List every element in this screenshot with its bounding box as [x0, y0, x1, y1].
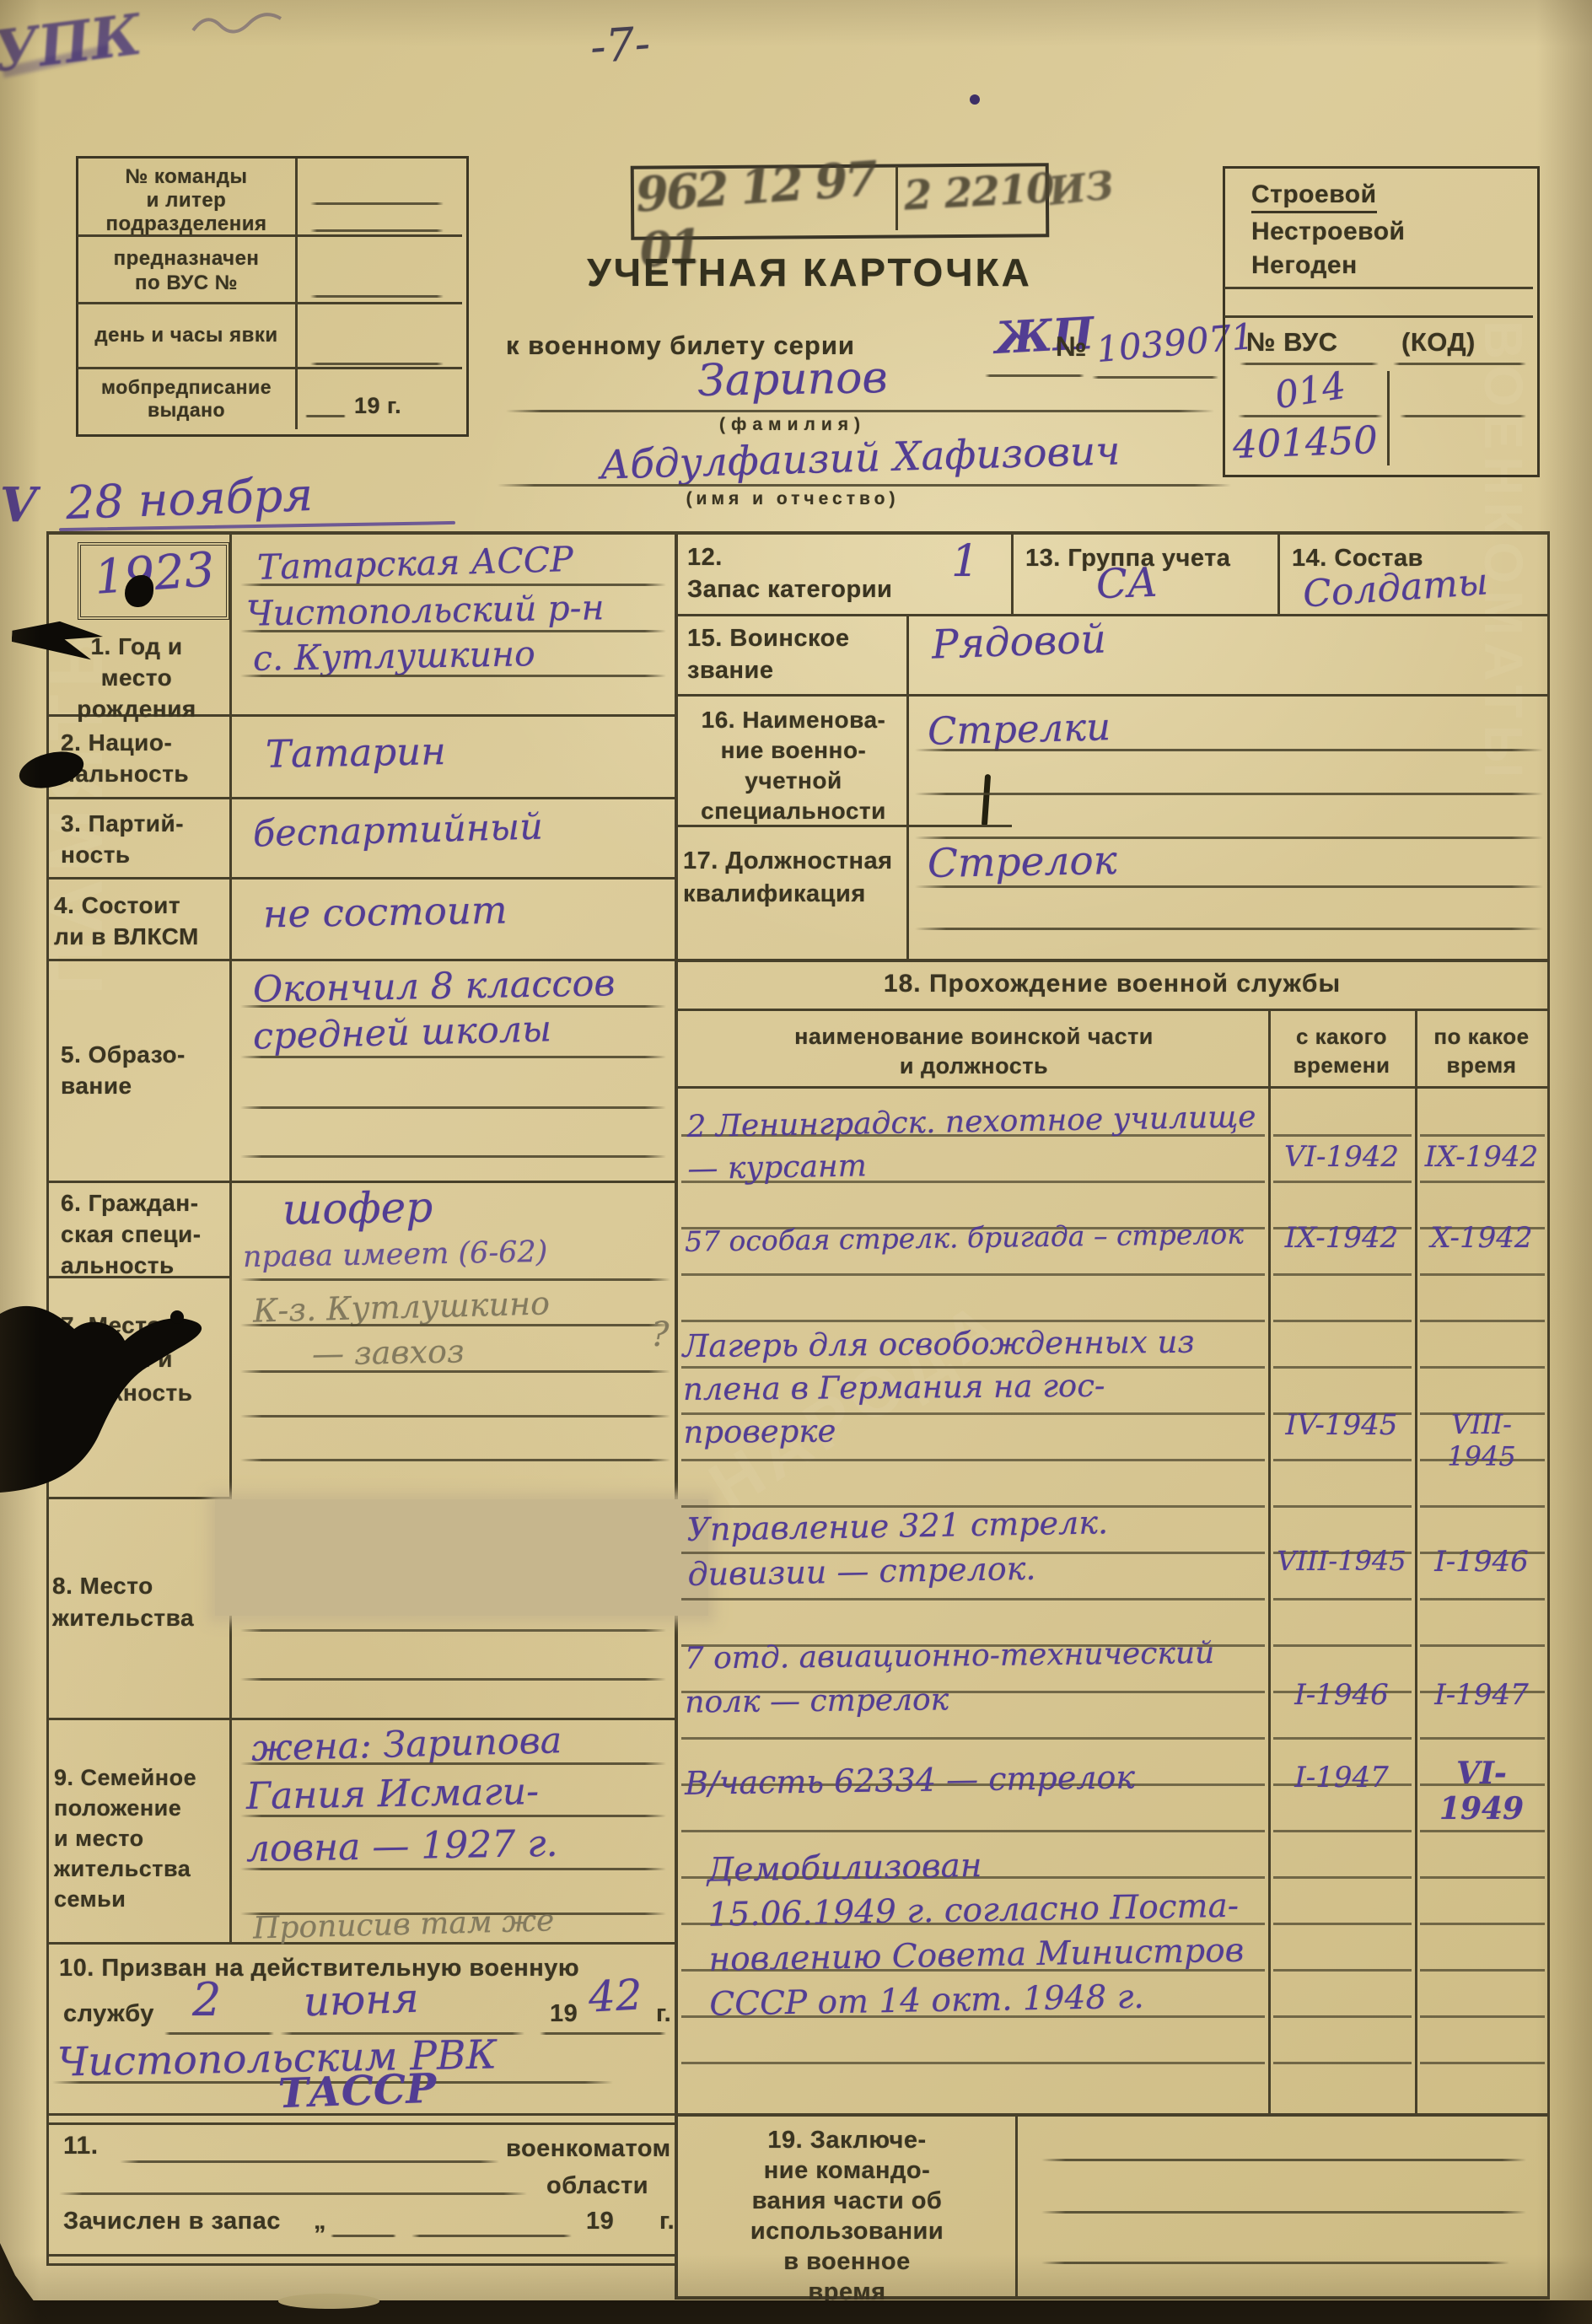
fitness-option-stroevoy: Строевой: [1251, 180, 1377, 213]
box-divider: [295, 159, 298, 429]
rule-line: [240, 675, 666, 677]
stamp-box-divider: [895, 166, 898, 230]
paper-edge-bump: [278, 2294, 379, 2309]
rule-line: [1041, 2262, 1509, 2264]
service-row-from: VI-1942: [1272, 1140, 1412, 1174]
service-row-to: X-1942: [1418, 1221, 1545, 1255]
billet-number-sign: №: [1056, 331, 1087, 363]
rule-line: [540, 2032, 666, 2035]
fitness-divider: [1224, 287, 1533, 289]
rule-line: [497, 484, 1231, 487]
field9-line3: ловна — 1927 г.: [246, 1822, 558, 1870]
col-header-to: по какое время: [1418, 1022, 1545, 1079]
field1-label: 1. Год и место рождения: [52, 631, 221, 724]
vus-code-value: 401450: [1232, 417, 1379, 467]
mob-order-label: мобпредписание выдано: [83, 376, 290, 422]
rule-line: [331, 2235, 396, 2237]
field11-enlist-label: Зачислен в запас: [63, 2208, 281, 2235]
service-row-to: VI-1949: [1418, 1756, 1545, 1826]
rule-line: [240, 1324, 670, 1326]
field10-year-print: 19: [550, 2000, 578, 2028]
field1-line3: с. Кутлушкино: [253, 633, 536, 679]
service-row-unit: 2 Ленинградск. пехотное училище — курсан…: [686, 1096, 1270, 1191]
field12-label: 12. Запас категории: [687, 541, 965, 605]
rule-line: [985, 374, 1084, 377]
rule-line: [915, 885, 1543, 888]
surname-caption: (фамилия): [590, 415, 995, 435]
rule-line: [240, 1629, 666, 1632]
col-header-from: с какого времени: [1272, 1022, 1412, 1079]
field6-line2: права имеет (6-62): [243, 1235, 548, 1274]
field7-line1: К-з. Кутлушкино: [252, 1284, 550, 1329]
row-border: [675, 825, 1012, 827]
field11-year: 19: [586, 2208, 614, 2235]
field17-value: Стрелок: [928, 837, 1118, 887]
service-row-to: IX-1942: [1418, 1140, 1545, 1174]
section18-border-top: [675, 959, 1550, 962]
name-caption: (имя и отчество): [590, 489, 995, 509]
rule-line: [240, 630, 666, 632]
row-border: [46, 877, 677, 880]
section18-subheader-line: [675, 1086, 1550, 1089]
field5-label: 5. Образо- вание: [61, 1039, 221, 1101]
report-time-label: день и часы явки: [83, 324, 290, 347]
fitness-divider: [1224, 315, 1533, 318]
col-divider: [1277, 531, 1280, 614]
row-border: [46, 1718, 677, 1720]
field3-label: 3. Партий- ность: [61, 808, 221, 870]
field15-value: Рядовой: [931, 616, 1107, 668]
field11-quote: „: [314, 2208, 326, 2235]
service-row-from: VIII-1945: [1272, 1545, 1412, 1577]
service-row-unit: 7 отд. авиационно-технический полк — стр…: [684, 1631, 1271, 1724]
row-border: [675, 614, 1550, 616]
table-border-right: [1547, 531, 1550, 2299]
rule-line: [240, 1868, 666, 1870]
field5-line1: Окончил 8 классов: [253, 962, 616, 1010]
table-border-top: [46, 531, 1550, 535]
service-col-divider: [1415, 1009, 1417, 2113]
rule-line: [915, 749, 1543, 751]
rule-line: [310, 202, 444, 205]
stray-ink-squiggle: [190, 7, 291, 40]
section19-border-top: [675, 2113, 1550, 2117]
field13-value: СА: [1095, 559, 1159, 609]
redaction-box: [215, 1499, 708, 1616]
service-row-from: I-1946: [1272, 1678, 1412, 1712]
field4-value: не состоит: [263, 887, 508, 936]
registration-card-page: ПАМЯТЬ НАРОДА ВОЕНКОМАТЫ УПК -7- № коман…: [0, 0, 1592, 2324]
page-number: -7-: [589, 17, 652, 74]
field11-year-suffix: г.: [659, 2208, 675, 2235]
field3-value: беспартийный: [252, 806, 543, 856]
field6-line1: шофер: [282, 1182, 433, 1234]
rule-line: [915, 793, 1543, 795]
service-row-unit: Лагерь для освобожденных из плена в Герм…: [682, 1320, 1269, 1454]
rule-line: [240, 1278, 670, 1281]
rule-line: [240, 1459, 670, 1461]
torn-paper-blob: [0, 1288, 253, 1501]
demobilization-note: Демобилизован 15.06.1949 г. согласно Пос…: [707, 1838, 1267, 2026]
rule-line: [411, 2235, 572, 2237]
field10-day-value: 2: [192, 1973, 221, 2026]
box-row-line: [78, 302, 462, 304]
service-row-to: I-1947: [1418, 1678, 1545, 1712]
rule-line: [1393, 363, 1526, 365]
rule-line: [1041, 2211, 1526, 2214]
service-row-to: I-1946: [1418, 1545, 1545, 1579]
field6-label: 6. Граждан- ская специ- альность: [61, 1187, 229, 1281]
box-row-line: [78, 367, 462, 369]
margin-check-mark: V: [0, 477, 36, 533]
vus-code-divider: [1387, 371, 1390, 465]
fitness-option-negoden: Негоден: [1251, 251, 1358, 280]
rule-line: [240, 1415, 670, 1418]
row-border: [46, 2263, 677, 2266]
field11-word1: военкоматом: [506, 2135, 671, 2163]
rule-line: [1041, 2159, 1526, 2161]
col-divider: [1011, 531, 1014, 614]
field10-year-suffix: г.: [656, 2000, 671, 2028]
field9-line2: Гания Исмаги-: [246, 1770, 540, 1818]
command-number-label: № команды и литер подразделения: [83, 165, 290, 236]
field2-label: 2. Нацио- нальность: [61, 727, 221, 789]
field1-line2: Чистопольский р-н: [246, 587, 605, 633]
field9-note: Прописив там же: [253, 1903, 555, 1945]
rule-line: [240, 1106, 666, 1109]
field16-value: Стрелки: [927, 704, 1111, 754]
field7-line2: — завхоз: [312, 1332, 465, 1372]
field11-number: 11.: [63, 2132, 99, 2160]
rule-line: [164, 2032, 274, 2035]
rule-line: [506, 410, 1214, 412]
field15-label: 15. Воинское звание: [687, 622, 898, 686]
field1-line1: Татарская АССР: [256, 539, 573, 588]
ink-smear: [982, 774, 991, 826]
fitness-option-nestroevoy: Нестроевой: [1251, 218, 1405, 246]
rule-line: [1092, 376, 1218, 379]
section19-label-divider: [1015, 2113, 1018, 2296]
rule-line: [240, 1155, 666, 1158]
card-title: УЧЕТНАЯ КАРТОЧКА: [472, 250, 1147, 295]
field11-word2: области: [546, 2172, 648, 2200]
service-row-to: VIII-1945: [1418, 1408, 1545, 1472]
rule-line: [240, 1815, 666, 1817]
row-border: [46, 2254, 677, 2257]
rule-line: [240, 1762, 666, 1765]
row-border: [46, 2122, 677, 2125]
section18-header-line: [675, 1009, 1550, 1011]
rule-line: [59, 2192, 527, 2195]
left-label-col-divider: [229, 531, 232, 1944]
field10-year-value: 42: [588, 1970, 644, 2021]
scan-bottom-strip: [0, 2300, 1592, 2324]
rule-line: [1400, 415, 1526, 417]
row-border: [675, 694, 1550, 697]
field10-line3: ТАССР: [277, 2065, 437, 2118]
stamp-scrawl-right: 2 2210: [903, 164, 1055, 219]
label-value-divider: [906, 614, 909, 959]
field19-label: 19. Заключе- ние командо- вания части об…: [685, 2125, 1009, 2307]
field4-label: 4. Состоит ли в ВЛКСМ: [54, 890, 223, 952]
rule-line: [240, 1370, 670, 1373]
rule-line: [1240, 363, 1379, 365]
field12-value: 1: [951, 536, 979, 587]
field17-label: 17. Должностная квалификация: [683, 845, 902, 911]
field2-value: Татарин: [266, 729, 447, 777]
rule-line: [310, 363, 444, 365]
vus-purpose-label: предназначен по ВУС №: [83, 246, 290, 295]
rule-line: [240, 1678, 666, 1681]
row-border: [46, 959, 677, 961]
row-border: [46, 1181, 677, 1183]
birth-year-value: 1923: [93, 542, 217, 605]
rule-line: [240, 1005, 666, 1008]
field16-label: 16. Наименова- ние военно- учетной специ…: [685, 705, 902, 826]
rule-line: [310, 229, 444, 232]
rule-line: [310, 295, 444, 298]
col-header-unit: наименование воинской части и должность: [687, 1022, 1261, 1081]
code-label: (КОД): [1401, 327, 1476, 358]
rule-line: [240, 1056, 666, 1058]
field7-question-mark: ?: [651, 1315, 669, 1354]
ink-dot: [970, 94, 980, 105]
surname-value: Зарипов: [590, 351, 996, 408]
date-note: 28 ноября: [65, 468, 314, 530]
service-row-from: I-1947: [1272, 1761, 1412, 1794]
stamp-scrawl-tail: ИЗ: [1046, 162, 1116, 214]
rule-line: [1238, 415, 1383, 417]
service-row-from: IX-1942: [1272, 1221, 1412, 1255]
service-row-from: IV-1945: [1272, 1408, 1412, 1442]
vus-number-label: № ВУС: [1246, 327, 1338, 358]
field8-label: 8. Место жительства: [52, 1570, 221, 1634]
row-border: [46, 797, 677, 799]
field5-line2: средней школы: [252, 1008, 551, 1057]
section18-title: 18. Прохождение военной службы: [675, 970, 1550, 998]
field10-month-value: июня: [303, 1975, 419, 2026]
service-row-unit: Управление 321 стрелк. дивизии — стрелок…: [686, 1498, 1270, 1597]
field10-word: службу: [63, 2000, 154, 2028]
rule-line: [915, 928, 1543, 930]
field9-label: 9. Семейное положение и место жительства…: [54, 1762, 223, 1914]
rule-line: [240, 584, 666, 586]
rule-line: [120, 2160, 499, 2163]
mob-order-year: 19 г.: [354, 393, 401, 419]
rule-line: [305, 415, 346, 417]
